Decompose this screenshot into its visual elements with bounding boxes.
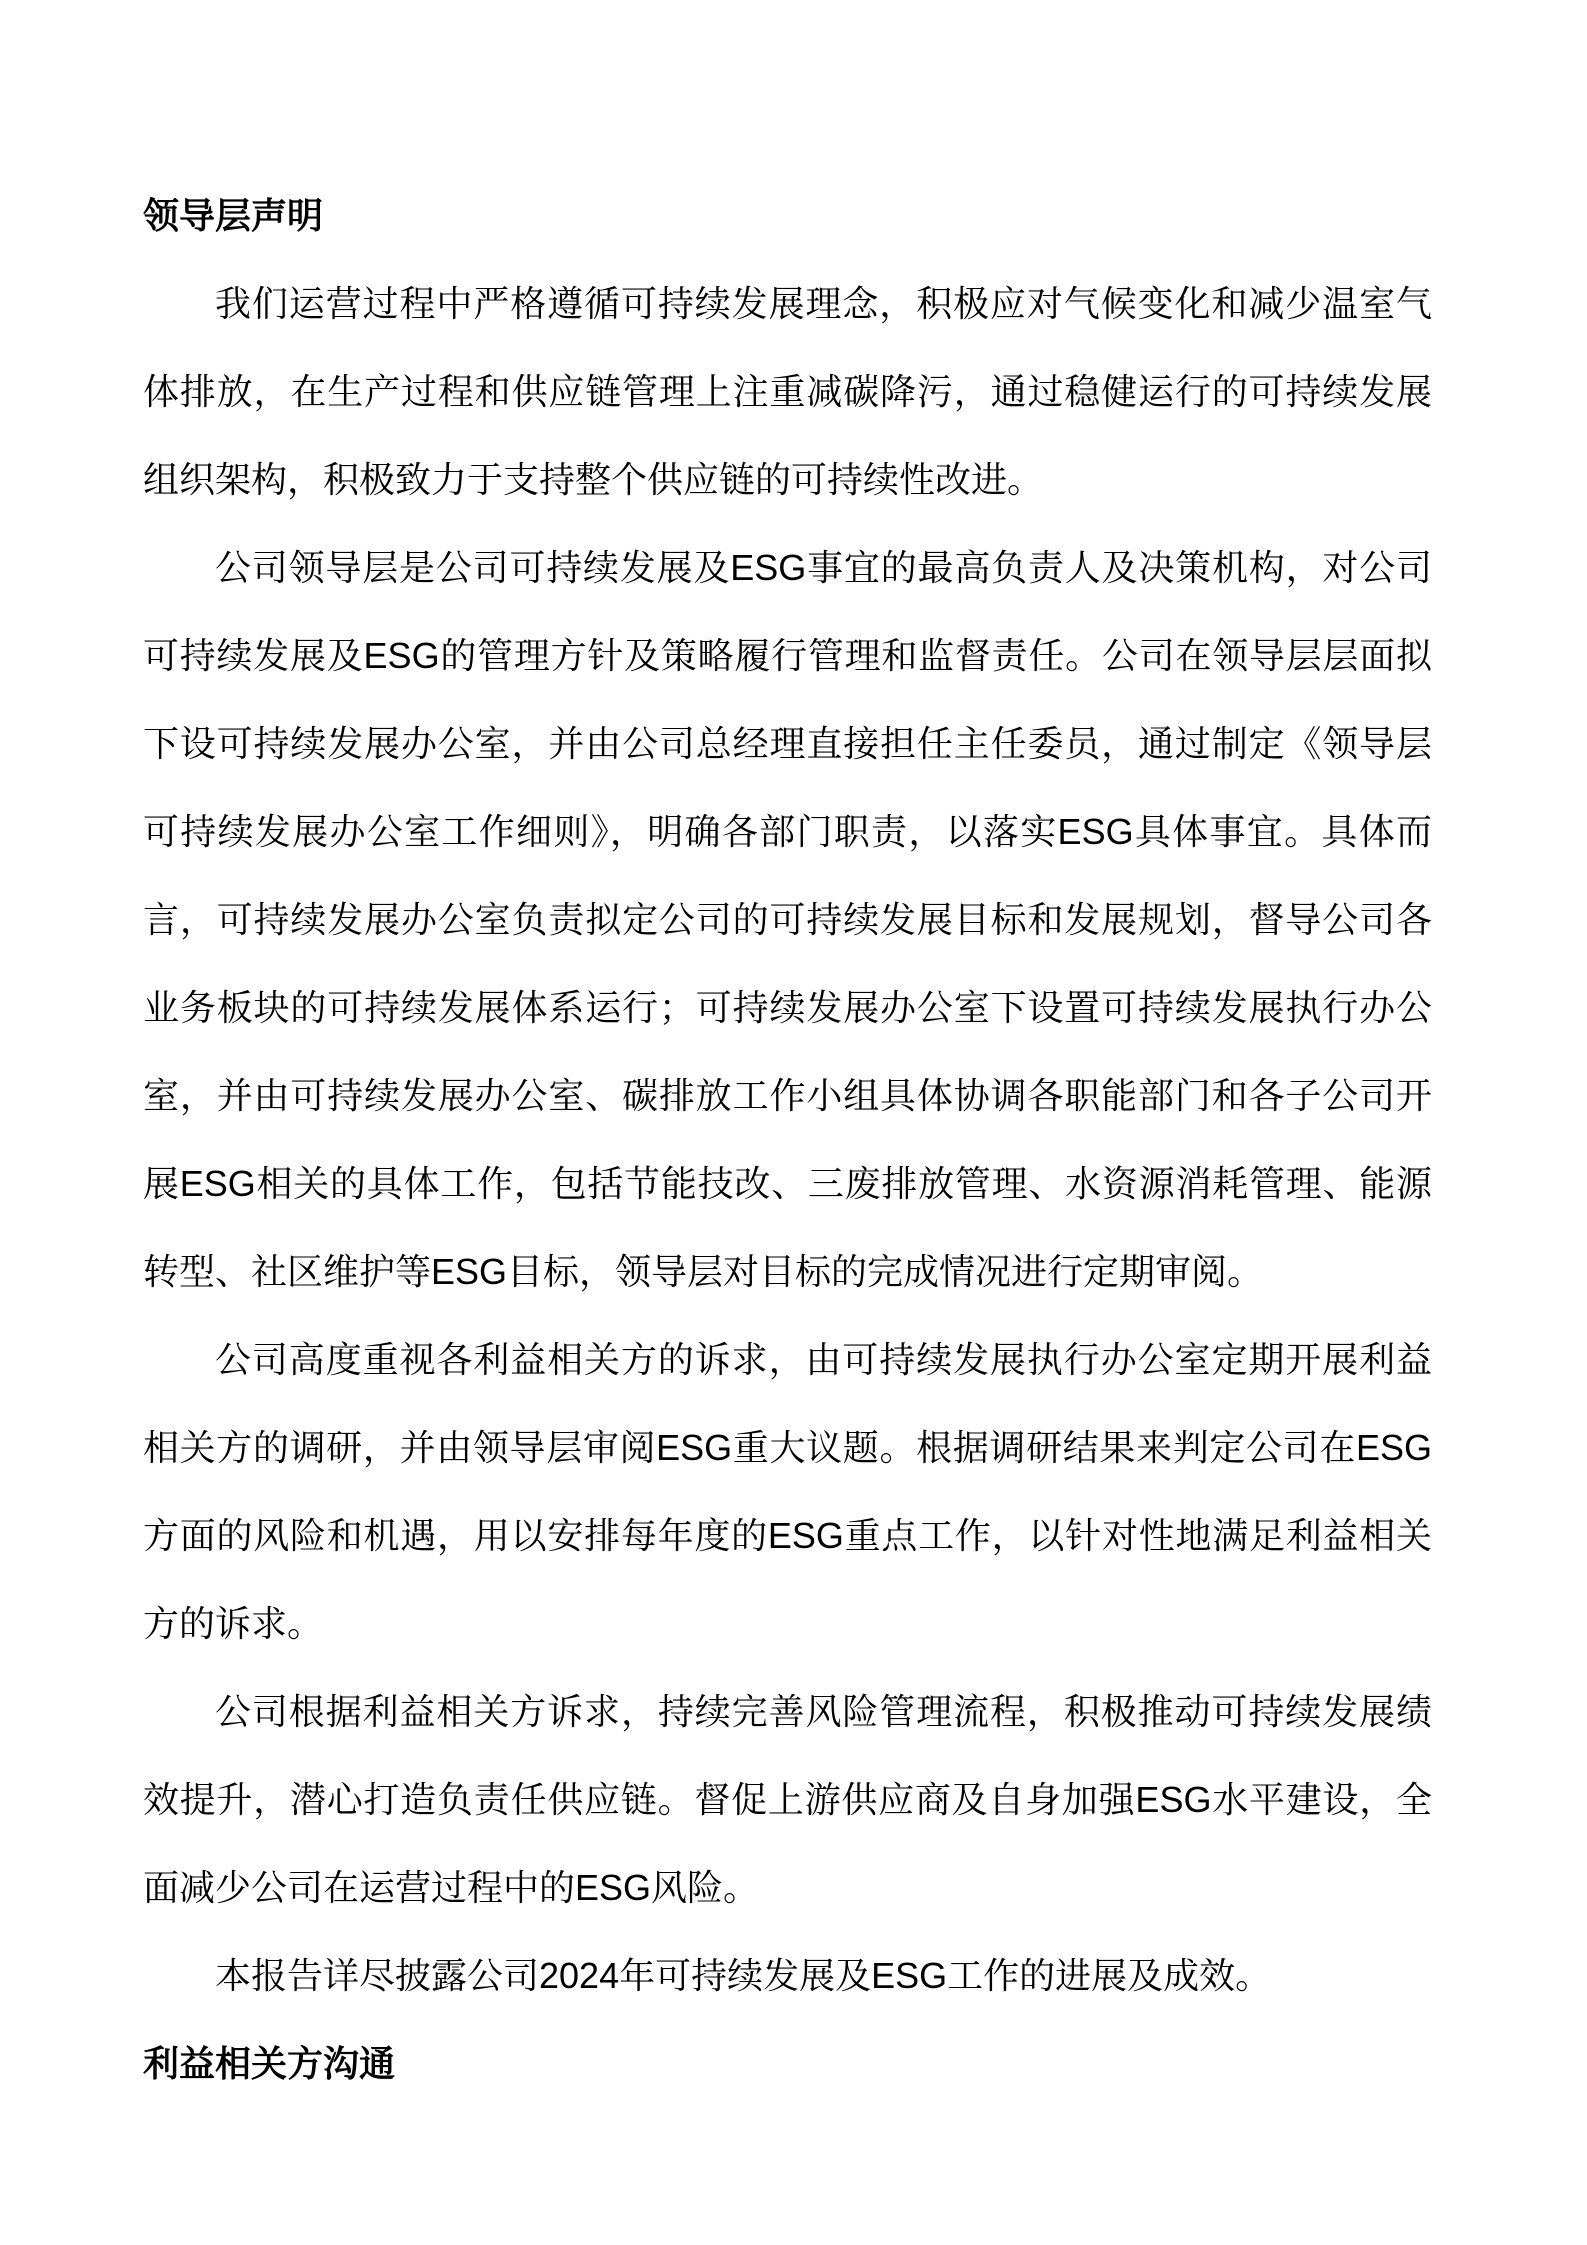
paragraph-governance-structure: 公司领导层是公司可持续发展及ESG事宜的最高负责人及决策机构，对公司可持续发展及… [143, 524, 1432, 1316]
paragraph-risk-management: 公司根据利益相关方诉求，持续完善风险管理流程，积极推动可持续发展绩效提升，潜心打… [143, 1668, 1432, 1932]
paragraph-sustainability-commitment: 我们运营过程中严格遵循可持续发展理念，积极应对气候变化和减少温室气体排放，在生产… [143, 260, 1432, 524]
heading-stakeholder-communication: 利益相关方沟通 [143, 2020, 1432, 2108]
heading-leadership-statement: 领导层声明 [143, 172, 1432, 260]
paragraph-stakeholder-research: 公司高度重视各利益相关方的诉求，由可持续发展执行办公室定期开展利益相关方的调研，… [143, 1316, 1432, 1668]
document-page: 领导层声明 我们运营过程中严格遵循可持续发展理念，积极应对气候变化和减少温室气体… [0, 0, 1587, 2245]
paragraph-report-disclosure: 本报告详尽披露公司2024年可持续发展及ESG工作的进展及成效。 [143, 1932, 1432, 2020]
